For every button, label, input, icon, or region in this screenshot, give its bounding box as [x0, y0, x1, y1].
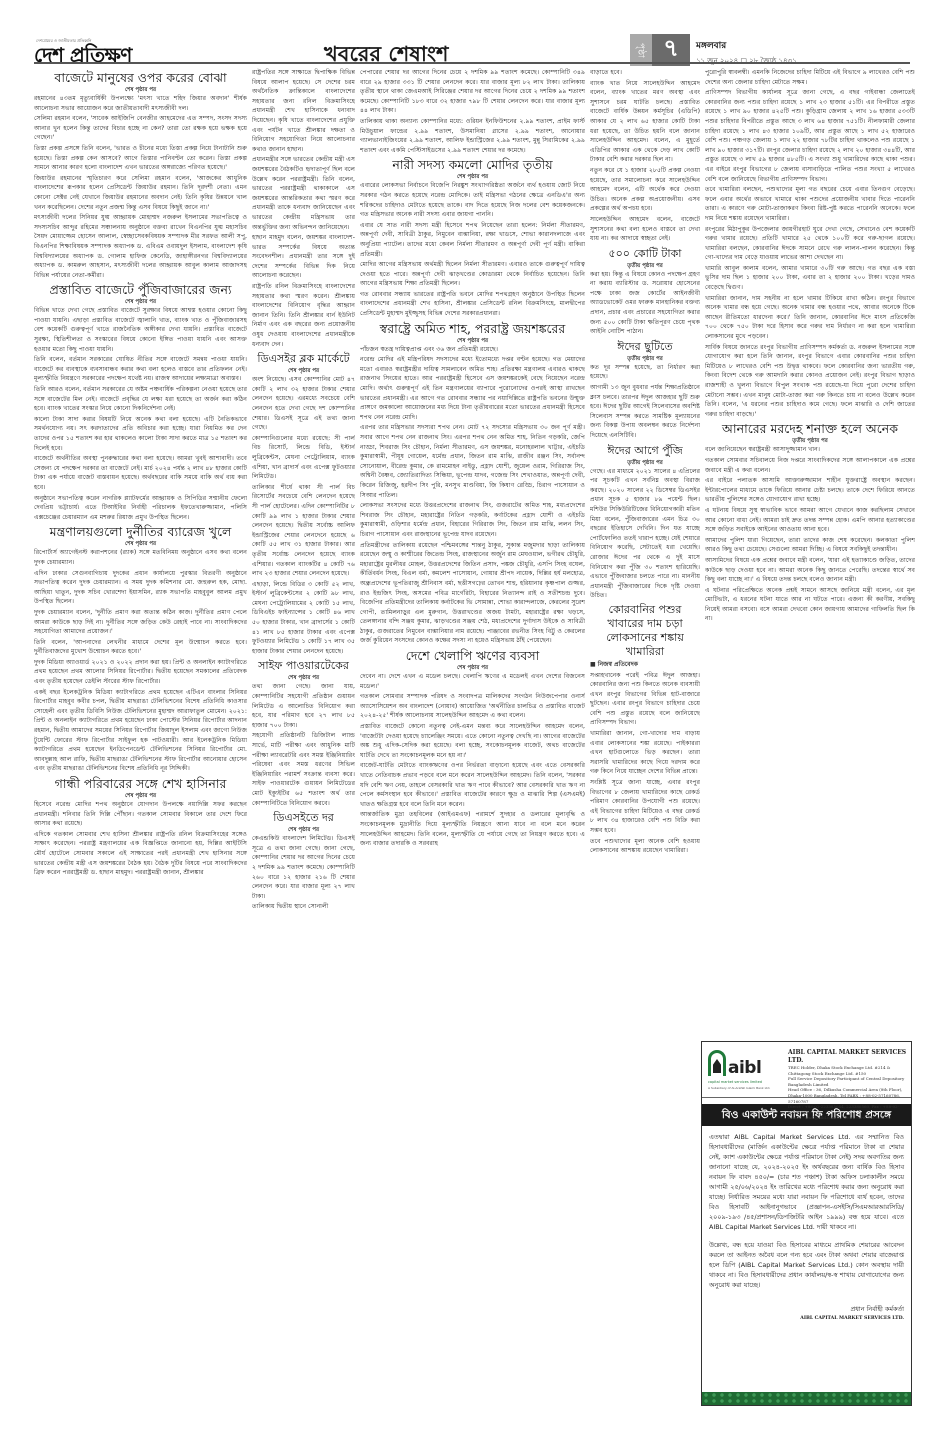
signatory-title: প্রধান নির্বাহী কর্মকর্তা [709, 1304, 904, 1314]
paragraph: তালিকায় দ্বিতীয় স্থানে সোনালী [252, 902, 355, 912]
article-budget-continued: বাড়াতে হবে। ব্যাংক খাত নিয়ে সালেহউদ্দি… [590, 68, 700, 244]
paragraph: এবার যে সাত নারী সদস্য মন্ত্রী হিসেবে শপ… [360, 221, 585, 259]
paragraph: এ ঘটনায় বিষয়ে সুস্থ স্বাভাবিক ভাবে আমর… [705, 506, 915, 535]
company-name: AIBL CAPITAL MARKET SERVICES LTD. [788, 1049, 910, 1065]
article-eid-holiday: ঈদের ছুটিতে তৃতীয় পৃষ্ঠার পর কত দূর সম্… [590, 339, 700, 441]
continued-from: শেষ পৃষ্ঠার পর [34, 86, 247, 94]
paragraph: সহযোগী প্রতিষ্ঠানটি ডিজিটাল ল্যান্ড সার্… [252, 731, 355, 808]
ad-body: এতদ্বারা AIBL Capital Market Services Lt… [702, 1126, 911, 1304]
paragraph: এ ঘটনার পরিপ্রেক্ষিতে অনেক প্রশ্নই সামনে… [705, 586, 915, 624]
trec-info: TREC Holder, Dhaka Stock Exchange Ltd. #… [788, 1065, 910, 1076]
article-ministries-corruption: মন্ত্রণালয়গুলো দুর্নীতির ব্যারেজ খুলে শ… [34, 524, 247, 774]
headline[interactable]: বাজেটে মানুষের ওপর করের বোঝা [34, 70, 247, 86]
paragraph: এর বাইরে পলাতক আসামি আক্তারুজ্জামান শাহী… [705, 476, 915, 505]
headline[interactable]: ডিএসইর ব্লক মার্কেটে [252, 351, 355, 367]
continued-from: শেষ পৃষ্ঠার পর [360, 664, 585, 672]
paragraph: সংশ্লিষ্ট সূত্রে জানা যাচ্ছে, এবার রংপুর… [590, 778, 700, 836]
paragraph: অনুষ্ঠানে সভাপতিত্ব করেন নাগরিক প্ল্যাটফ… [34, 494, 247, 523]
column-1: বাজেটে মানুষের ওপর করের বোঝা শেষ পৃষ্ঠার… [34, 68, 247, 1388]
paragraph: আন্তর্জাতিক মুদ্রা তহবিলের (আইএমএফ) পরাম… [360, 810, 585, 848]
article-default-loans: দেশে খেলাপি ঋণের ব্যবসা শেষ পৃষ্ঠার পর দ… [360, 648, 585, 849]
head-office: Head Office : 36, Dilkusha Commercial Ar… [788, 1087, 910, 1104]
column-5: পুরোপুরি স্বাবলম্বী। এমনকি নিজেদের চাহিদ… [705, 68, 915, 948]
article-defamation-500cr: ৫০০ কোটি টাকা তৃতীয় পৃষ্ঠার পর করা হয়।… [590, 246, 700, 337]
article-modi-third: নারী সদস্য কমলো মোদির তৃতীয় শেষ পৃষ্ঠার… [360, 157, 585, 318]
paragraph: প্রস্তাবিত বাজেটে কোনো নতুনত্ব নেই-এমন ম… [360, 722, 585, 760]
paragraph: বাজেটে অর্থনীতির অবস্থা পুনরুদ্ধারের কথা… [34, 454, 247, 492]
continued-from: তৃতীয় পৃষ্ঠার পর [590, 459, 700, 467]
article-dse-block-market: ডিএসইর ব্লক মার্কেটে শেষ পৃষ্ঠার পর অংশ … [252, 351, 355, 656]
paragraph: সেলিমা রহমান বলেন, 'সাবেক আইজিপি বেনজীর … [34, 114, 247, 143]
paragraph: এবারের লোকসভা নির্বাচনে বিজেপি নিরঙ্কুশ … [360, 181, 585, 219]
paragraph: করা হয়। কিন্তু এ বিষয়ে কোনও পদক্ষেপ গ্… [590, 270, 700, 337]
paragraph: হাছান মাহমুদ বলেন, জয়শঙ্কর বাংলাদেশ-ভার… [252, 233, 355, 281]
headline[interactable]: ঈদের ছুটিতে [590, 339, 700, 355]
paragraph: গতকাল সোমবার সম্পাদক পরিষদ ও সংবাদপত্র ম… [360, 692, 585, 721]
paragraph: খামারিরা জানান, গো-খাদ্যের দাম বাড়ায় এ… [590, 729, 700, 777]
article-saif-powertec: সাইফ পাওয়ারটেকের শেষ পৃষ্ঠার পর তথ্য জা… [252, 658, 355, 808]
paragraph: রংপুরের মিঠাপুকুর উপজেলার জায়গীরহাট ঘুর… [705, 225, 915, 263]
paragraph: প্রতিমন্ত্রীদের তালিকায় রয়েছেন পশ্চিমব… [360, 541, 585, 647]
byline: ■ নিজস্ব প্রতিবেদক [590, 660, 700, 670]
ad-header: aibl capital market services limited A S… [702, 1042, 911, 1098]
paragraph: আমাদের পুলিশ যারা গিয়েছেন, তারা তাদের ক… [705, 536, 915, 555]
paragraph: নতুন করে যে ১ হাজার ২৮৫টি প্রকল্প নেওয়া… [590, 166, 700, 214]
paragraph: কেএন্ডকিউ বাংলাদেশ লিমিটেড। ডিএসই সূত্রে… [252, 834, 355, 901]
headline[interactable]: মন্ত্রণালয়গুলো দুর্নীতির ব্যারেজ খুলে [34, 524, 247, 540]
paragraph: জিয়াউর রহমানের স্মৃতিচারণ করে সেলিমা রহ… [34, 174, 247, 212]
paragraph: এরপর তার মন্ত্রিসভার সদস্যরা শপথ নেন। মো… [360, 423, 585, 500]
continued-from: শেষ পৃষ্ঠার পর [360, 173, 585, 181]
date: ১১ জুন ২০২৪ □ ২৮ জ্যৈষ্ঠ ১৪৩১ [696, 55, 797, 67]
paragraph: এদিন ঢাকার সেগুনবাগিচায় দুদকের প্রধান ক… [34, 569, 247, 607]
paragraph: রাষ্ট্রপতির সঙ্গে সাক্ষাতে দ্বিপাক্ষিক ব… [252, 68, 355, 154]
continued-from: শেষ পৃষ্ঠার পর [252, 674, 355, 682]
paragraph: দেবেন না। দেশে এখন এ মডেল চলছে। খেলাপি ঋ… [360, 672, 585, 691]
continued-from: তৃতীয় পৃষ্ঠার পর [705, 437, 915, 445]
headline[interactable]: ঈদের আগে পুঁজি [590, 443, 700, 459]
subsidiary-note: A Subsidiary of Al-Arafah Islami Bank Lt… [708, 1086, 770, 1090]
paragraph: অংশ নিয়েছে। এসব কোম্পানির মোট ৪৭ কোটি ২… [252, 375, 355, 433]
continued-from: শেষ পৃষ্ঠার পর [252, 826, 355, 834]
headline[interactable]: প্রস্তাবিত বাজেটে পুঁজিবাজারের জন্য [34, 282, 247, 298]
headline[interactable]: ৫০০ কোটি টাকা [590, 246, 700, 262]
paragraph: গতকাল সোমবার সচিবালয়ে নিজ দপ্তরে সাংবাদ… [705, 456, 915, 475]
paragraph: কালো টাকা সাদা করার বিষয়টি নিয়ে অনেক ক… [34, 415, 247, 453]
headline[interactable]: কোরবানির পশুর খাবারের দাম চড়া লোকসানের … [590, 603, 700, 659]
headline[interactable]: আনারের মরদেহ শনাক্ত হলে অনেক [705, 421, 915, 437]
ad-signature: প্রধান নির্বাহী কর্মকর্তা AIBL CAPITAL M… [702, 1304, 911, 1324]
ad-pattern-footer [702, 1392, 911, 1405]
continued-from: তৃতীয় পৃষ্ঠার পর [590, 262, 700, 270]
ad-note-paragraph: উল্লেখ্য, বন্ধ হয়ে যাওয়া বিও হিসাবের ম… [709, 1240, 904, 1290]
paragraph: সার্বিক বিষয়ে জানতে রংপুর বিভাগীয় প্রা… [705, 343, 915, 420]
paragraph: এদিকে গতকাল সোমবার শেখ হাসিনা শ্রীলঙ্কার… [34, 830, 247, 878]
paragraph: গত রোববার সন্ধ্যায় ভারতের রাষ্ট্রপতি ভব… [360, 290, 585, 319]
continued-from: শেষ পৃষ্ঠার পর [34, 792, 247, 800]
article-share-list: পেপারের শেয়ার দর আগের দিনের চেয়ে ২ দশম… [360, 68, 585, 155]
dp-info: Full Service Depository Participant of C… [788, 1076, 910, 1087]
continued-from: শেষ পৃষ্ঠার পর [252, 367, 355, 375]
article-qurbani-continued: পুরোপুরি স্বাবলম্বী। এমনকি নিজেদের চাহিদ… [705, 68, 915, 419]
paragraph: সপ্তাহখানেক পরেই পবিত্র ঈদুল আজহা। কোরবা… [590, 671, 700, 729]
ad-notice-paragraph: এতদ্বারা AIBL Capital Market Services Lt… [709, 1132, 904, 1232]
signatory-company: AIBL CAPITAL MARKET SERVICES LTD. [709, 1314, 904, 1324]
email-web[interactable]: E-mail : cmsl@aibl.com.bd Web : www.aibl… [788, 1115, 910, 1121]
paragraph: কোম্পানিগুলোর মধ্যে রয়েছে: সী পার্ল বিচ… [252, 434, 355, 482]
continued-from: শেষ পৃষ্ঠার পর [34, 540, 247, 548]
column-3: পেপারের শেয়ার দর আগের দিনের চেয়ে ২ দশম… [360, 68, 585, 1388]
paragraph: কত দূর সম্পন্ন হয়েছে, তা নির্ধারণ করা হ… [590, 363, 700, 382]
paragraph: তালিকার শীর্ষে থাকা সী পার্ল বিচ রিসোর্ট… [252, 483, 355, 579]
paragraph: হিসেবে নরেন্দ্র মোদির শপথ অনুষ্ঠানে যোগদ… [34, 800, 247, 829]
paragraph: নরেন্দ্র মোদির এই মন্ত্রিপরিষদ সদস্যদের … [360, 355, 585, 422]
paragraph: একই বছর ইলেকট্রনিক মিডিয়া ক্যাটাগরিতে প… [34, 688, 247, 774]
article-qurbani-animals: কোরবানির পশুর খাবারের দাম চড়া লোকসানের … [590, 603, 700, 856]
paragraph: খামারি আবুল কালাম বলেন, আমার খামারে ৩০টি… [705, 264, 915, 293]
paragraph: মৎস্যজীবী দলের সিনিয়র যুগ্ম আহ্বায়ক মো… [34, 213, 247, 280]
paragraph: লোকসভা সংসদের মধ্যে উত্তরপ্রদেশের রাজনাথ… [360, 501, 585, 539]
article-capital-market: প্রস্তাবিত বাজেটে পুঁজিবাজারের জন্য শেষ … [34, 282, 247, 522]
paragraph: ব্যাংক খাত নিয়ে সালেহউদ্দিন আহমেদ বলেন,… [590, 79, 700, 165]
paragraph: দুদক চেয়ারম্যান বলেন, 'দুর্নীতি প্রমাণ … [34, 608, 247, 637]
paragraph: পুরোপুরি স্বাবলম্বী। এমনকি নিজেদের চাহিদ… [705, 68, 915, 87]
direct-contact: Direct : +88-02-223385044, 223380560, Fa… [788, 1104, 910, 1115]
continued-from: শেষ পৃষ্ঠার পর [360, 337, 585, 345]
article-eid-capital: ঈদের আগে পুঁজি তৃতীয় পৃষ্ঠার পর গেছে। এ… [590, 443, 700, 601]
paragraph: বাজেট-ঘাটতি মেটাতে ব্যাংকঋণের ওপর নির্ভর… [360, 761, 585, 809]
brand-name: aibl [728, 1058, 761, 1078]
headline[interactable]: দেশে খেলাপি ঋণের ব্যবসা [360, 648, 585, 664]
article-amit-shah: স্বরাষ্ট্রে অমিত শাহ, পররাষ্ট্র জয়শঙ্কর… [360, 321, 585, 646]
paragraph: তিনি বলেন, বর্তমান সরকারের ঘোষিত নীতির স… [34, 355, 247, 384]
paragraph: তবে খামারিরা বলছেন, পশুখাদ্যের মূল্য গত … [705, 185, 915, 223]
paragraph: পেপারের শেয়ার দর আগের দিনের চেয়ে ২ দশম… [360, 68, 585, 116]
paragraph: তথ্য জানা গেছে। জানা যায়, কোম্পানিটির স… [252, 682, 355, 730]
paragraph: দুদক মিডিয়া অ্যাওয়ার্ড ২০২১ ও ২০২২ প্র… [34, 658, 247, 687]
paragraph: বিভিন্ন খাতে দেখা গেছে প্রস্তাবিত বাজেটে… [34, 306, 247, 354]
paragraph: সালেহউদ্দিন আহমেদ বলেন, বাজেটে সুশাসনের … [590, 215, 700, 244]
headline[interactable]: ডিএসইতে দর [252, 810, 355, 826]
article-gandhi-continued: রাষ্ট্রপতির সঙ্গে সাক্ষাতে দ্বিপাক্ষিক ব… [252, 68, 355, 349]
masthead: দেশপ্রেমের ও জাতীয়তার প্রতিধ্বনি দেশ প্… [34, 38, 910, 60]
paragraph: তবে পশুখাদ্যের মূল্য অনেক বেশি হওয়ায় ল… [590, 837, 700, 856]
paragraph: রিপোর্টার্স অ্যাগেইনস্ট করাপশনের (র‍্যাক… [34, 548, 247, 567]
article-gandhi-family: গান্ধী পরিবারের সঙ্গে শেখ হাসিনার শেষ পৃ… [34, 776, 247, 878]
paragraph: তিনি বলেন, 'আপনাদের লেখনীর মাধ্যমে দেশের… [34, 638, 247, 657]
paragraph: বাড়াতে হবে। [590, 68, 700, 78]
headline[interactable]: স্বরাষ্ট্রে অমিত শাহ, পররাষ্ট্র জয়শঙ্কর… [360, 321, 585, 337]
paragraph: তালিকায় থাকা অন্যান্য কোম্পানির মধ্যে: … [360, 117, 585, 155]
article-anar-body: আনারের মরদেহ শনাক্ত হলে অনেক তৃতীয় পৃষ্… [705, 421, 915, 624]
paragraph: আসামিদের বিষয়ে এক প্রশ্নের জবাবে মন্ত্র… [705, 556, 915, 585]
continued-from: তৃতীয় পৃষ্ঠার পর [590, 355, 700, 363]
company-info: AIBL CAPITAL MARKET SERVICES LTD. TREC H… [788, 1049, 910, 1121]
paragraph: রাষ্ট্রপতি রনিল বিক্রমাসিংহে বাংলাদেশের … [252, 282, 355, 349]
paragraph: রহমানের ৪৩তম মৃত্যুবার্ষিকী উপলক্ষ্যে 'ম… [34, 94, 247, 113]
paragraph: পাঁচজন স্বতন্ত্র দায়িত্বপ্রাপ্ত এবং ৩৬ … [360, 345, 585, 355]
article-dse-price: ডিএসইতে দর শেষ পৃষ্ঠার পর কেএন্ডকিউ বাংল… [252, 810, 355, 912]
column-4: বাড়াতে হবে। ব্যাংক খাত নিয়ে সালেহউদ্দি… [590, 68, 700, 1398]
continued-from: শেষ পৃষ্ঠার পর [34, 298, 247, 306]
paragraph: তিনি আরও বলেন, বর্তমান সরকারের যে অষ্টম … [34, 385, 247, 414]
paragraph: প্রধানমন্ত্রীর সঙ্গে ভারতের কেন্দ্রীয় ম… [252, 155, 355, 232]
header-divider [34, 62, 910, 64]
paragraph: আগামী ১৩ জুন বুধবার পর্যন্ত শিক্ষাপ্রতিষ… [590, 383, 700, 441]
paragraph: খামারিরা জানান, দাম সহনীয় না হলে খামার … [705, 294, 915, 342]
paragraph: তিস্তা প্রকল্প প্রসঙ্গে তিনি বলেন, 'ভারত… [34, 144, 247, 173]
headline[interactable]: নারী সদস্য কমলো মোদির তৃতীয় [360, 157, 585, 173]
aibl-logo: aibl capital market services limited A S… [708, 1050, 768, 1090]
aibl-advertisement: aibl capital market services limited A S… [701, 1041, 912, 1406]
paragraph: প্রাণিসম্পদ বিভাগীয় কার্যালয় সূত্রে জা… [705, 88, 915, 184]
brand-subtitle: capital market services limited [708, 1080, 762, 1084]
paragraph: বলে জানিয়েছেন স্বরাষ্ট্রমন্ত্রী আসাদুজ্… [705, 445, 915, 455]
headline[interactable]: গান্ধী পরিবারের সঙ্গে শেখ হাসিনার [34, 776, 247, 792]
paragraph: মোদির আগের মন্ত্রিসভায় অর্থমন্ত্রী ছিলে… [360, 260, 585, 289]
day: মঙ্গলবার [696, 38, 797, 53]
paragraph: গেছে। এর মাধ্যমে ২০২১ সালের ৪ এপ্রিলের প… [590, 467, 700, 601]
article-budget-tax: বাজেটে মানুষের ওপর করের বোঝা শেষ পৃষ্ঠার… [34, 70, 247, 280]
headline[interactable]: সাইফ পাওয়ারটেকের [252, 658, 355, 674]
column-2: রাষ্ট্রপতির সঙ্গে সাক্ষাতে দ্বিপাক্ষিক ব… [252, 68, 355, 1388]
paragraph: এছাড়া, লিন্ডে বিডির ৩ কোটি ৫২ লাখ, ইস্ট… [252, 580, 355, 657]
